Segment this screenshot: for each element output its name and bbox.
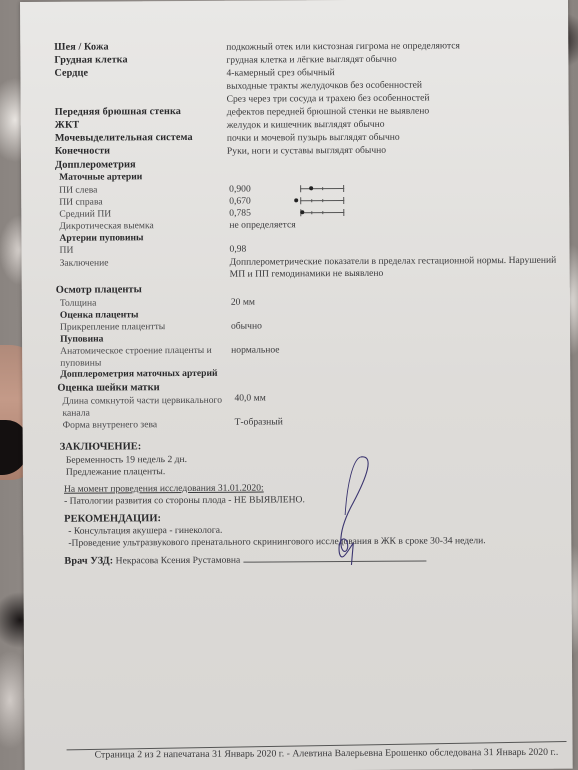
pi-marker-dot (300, 210, 304, 214)
pathology-line: - Патологии развития со стороны плода - … (64, 494, 305, 506)
label-dicrotic-notch: Дикротическая выемка (59, 220, 153, 232)
conclusion-title: ЗАКЛЮЧЕНИЕ: (60, 441, 142, 452)
study-date-line: На момент проведения исследования 31.01.… (64, 483, 264, 495)
label-doppler-conclusion: Заключение (60, 257, 109, 268)
section-doppler: Допплерометрия (55, 159, 136, 170)
value-gi: желудок и кишечник выглядят обычно (227, 119, 385, 131)
conclusion-line-1: Беременность 19 недель 2 дн. (66, 454, 187, 466)
doctor-name: Некрасова Ксения Рустамовна (116, 555, 241, 567)
value-attachment: обычно (231, 321, 262, 332)
value-heart-2: выходные тракты желудочков без особеннос… (226, 80, 422, 92)
subsection-uterine-doppler: Допплерометрия маточных артерий (60, 368, 217, 380)
label-abdominal-wall: Передняя брюшная стенка (55, 106, 181, 118)
subsection-placenta-assessment: Оценка плаценты (60, 309, 139, 320)
value-internal-os: Т-образный (235, 416, 283, 427)
pi-right-scale (300, 196, 344, 204)
value-anatomy: нормальное (231, 344, 279, 355)
label-anatomy-2: пуповины (60, 358, 101, 369)
label-mean-pi: Средний ПИ (59, 208, 111, 219)
value-heart-1: 4-камерный срез обычный (226, 67, 334, 79)
label-heart: Сердце (54, 68, 88, 79)
value-doppler-conclusion-1: Допплерометрические показатели в предела… (230, 255, 557, 268)
subsection-umbilical-cord: Пуповина (60, 333, 103, 344)
recommendations-title: РЕКОМЕНДАЦИИ: (64, 513, 161, 525)
value-dicrotic-notch: не определяется (229, 219, 295, 230)
value-doppler-conclusion-2: МП и ПП гемодинамики не выявлено (230, 268, 384, 280)
label-internal-os: Форма внутренего зева (63, 419, 158, 431)
value-mean-pi: 0,785 (229, 208, 251, 219)
value-cervix-length: 40,0 мм (234, 393, 265, 404)
label-attachment: Прикрепление плацентты (60, 321, 165, 333)
label-umbilical-pi: ПИ (59, 245, 73, 256)
value-neck-skin: подкожный отек или кистозная гигрома не … (226, 40, 460, 52)
section-placenta: Осмотр плаценты (56, 284, 142, 296)
handwritten-signature (323, 455, 384, 565)
label-anatomy-1: Анатомическое строение плаценты и (60, 345, 212, 357)
mean-pi-scale (300, 208, 344, 216)
section-cervix: Оценка шейки матки (57, 382, 159, 394)
pi-marker-dot (294, 198, 298, 202)
label-gi: ЖКТ (55, 120, 80, 131)
value-thickness: 20 мм (231, 297, 255, 308)
value-chest: грудная клетка и лёгкие выглядят обычно (226, 54, 396, 66)
label-pi-right: ПИ справа (59, 196, 102, 207)
value-abdominal-wall: дефектов передней брюшной стенки не выяв… (227, 106, 430, 118)
subsection-umbilical-arteries: Артерии пуповины (59, 232, 143, 244)
page-footer: Страница 2 из 2 напечатана 31 Январь 202… (95, 747, 559, 761)
conclusion-line-2: Предлежание плаценты. (66, 466, 165, 478)
label-neck-skin: Шея / Кожа (54, 41, 108, 52)
ultrasound-report: Шея / Кожа подкожный отек или кистозная … (20, 0, 573, 770)
label-chest: Грудная клетка (54, 54, 127, 65)
value-heart-3: Срез через три сосуда и трахею без особе… (227, 93, 430, 105)
pi-marker-dot (309, 186, 313, 190)
recommendation-1: - Консультация акушера - гинеколога. (68, 525, 222, 537)
paper-sheet: Шея / Кожа подкожный отек или кистозная … (20, 0, 573, 770)
label-urinary: Мочевыделительная система (55, 132, 193, 144)
label-cervix-length-2: канала (62, 408, 89, 419)
label-pi-left: ПИ слева (59, 185, 97, 196)
doctor-line: Врач УЗД: Некрасова Ксения Рустамовна (64, 555, 240, 567)
value-pi-right: 0,670 (229, 196, 251, 207)
pi-left-scale (300, 184, 344, 192)
value-urinary: почки и мочевой пузырь выглядят обычно (227, 132, 400, 144)
recommendation-2: -Проведение ультразвукового пренатальног… (68, 535, 485, 549)
value-umbilical-pi: 0,98 (229, 244, 246, 255)
subsection-uterine-arteries: Маточные артерии (59, 171, 142, 183)
value-pi-left: 0,900 (229, 184, 251, 195)
label-thickness: Толщина (60, 298, 97, 309)
label-limbs: Конечности (55, 145, 110, 156)
label-cervix-length-1: Длина сомкнутой части цервикального (62, 395, 222, 407)
value-limbs: Руки, ноги и суставы выглядят обычно (227, 145, 386, 157)
doctor-label: Врач УЗД: (64, 555, 113, 566)
